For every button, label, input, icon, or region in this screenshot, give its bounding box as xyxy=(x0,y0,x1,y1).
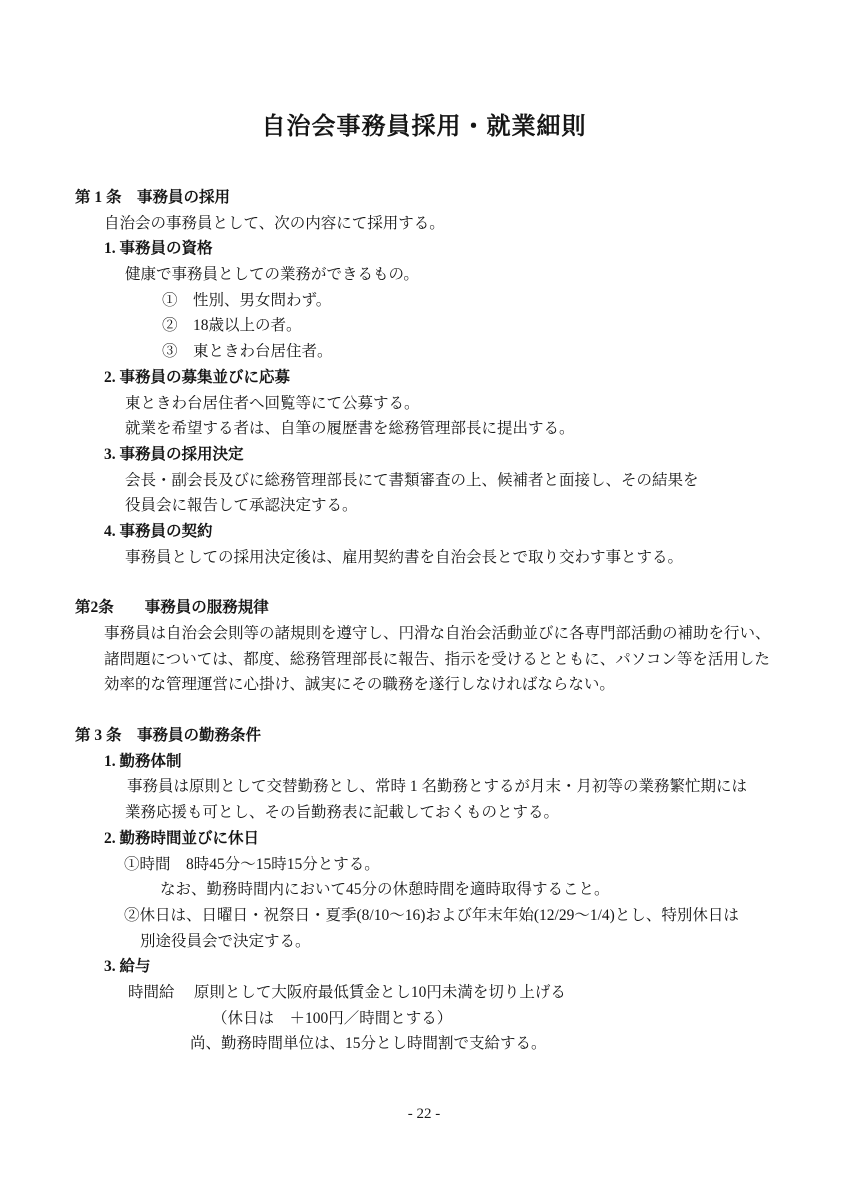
clause-1-3-text-1: 会長・副会長及びに総務管理部長にて書類審査の上、候補者と面接し、その結果を xyxy=(125,468,848,494)
clause-3-3-heading: 3. 給与 xyxy=(104,954,848,980)
clause-3-1-text-2: 業務応援も可とし、その旨勤務表に記載しておくものとする。 xyxy=(125,800,848,826)
clause-3-2-item-1: ①時間 8時45分～15時15分とする。 xyxy=(124,852,848,878)
clause-3-2-heading: 2. 勤務時間並びに休日 xyxy=(104,826,848,852)
clause-1-2-heading: 2. 事務員の募集並びに応募 xyxy=(104,365,848,391)
clause-1-1-item-2: ② 18歳以上の者。 xyxy=(162,313,848,339)
page-number: - 22 - xyxy=(0,1102,848,1127)
clause-3-2-item-2: ②休日は、日曜日・祝祭日・夏季(8/10～16)および年末年始(12/29～1/… xyxy=(124,903,848,929)
clause-1-2-text-2: 就業を希望する者は、自筆の履歴書を総務管理部長に提出する。 xyxy=(125,416,848,442)
article-1-intro: 自治会の事務員として、次の内容にて採用する。 xyxy=(104,211,848,237)
clause-3-2-item-2-cont: 別途役員会で決定する。 xyxy=(140,929,848,955)
clause-1-1-item-3: ③ 東ときわ台居住者。 xyxy=(162,339,848,365)
article-2-text-3: 効率的な管理運営に心掛け、誠実にその職務を遂行しなければならない。 xyxy=(104,672,848,698)
clause-3-3-wage-text: 時間給 原則として大阪府最低賃金とし10円未満を切り上げる xyxy=(128,980,848,1006)
clause-1-4-text: 事務員としての採用決定後は、雇用契約書を自治会長とで取り交わす事とする。 xyxy=(125,545,848,571)
article-2-text-1: 事務員は自治会会則等の諸規則を遵守し、円滑な自治会活動並びに各専門部活動の補助を… xyxy=(104,621,848,647)
clause-1-4-heading: 4. 事務員の契約 xyxy=(104,519,848,545)
article-3-heading: 第 3 条 事務員の勤務条件 xyxy=(75,723,848,749)
document-title: 自治会事務員採用・就業細則 xyxy=(0,0,848,142)
document-page: 自治会事務員採用・就業細則 第 1 条 事務員の採用 自治会の事務員として、次の… xyxy=(0,0,848,1200)
clause-1-1-heading: 1. 事務員の資格 xyxy=(104,236,848,262)
clause-3-1-heading: 1. 勤務体制 xyxy=(104,749,848,775)
article-1-heading: 第 1 条 事務員の採用 xyxy=(75,185,848,211)
clause-3-3-holiday-note: （休日は ＋100円／時間とする） xyxy=(212,1006,848,1032)
clause-1-1-text: 健康で事務員としての業務ができるもの。 xyxy=(125,262,848,288)
article-2-text-2: 諸問題については、都度、総務管理部長に報告、指示を受けるとともに、パソコン等を活… xyxy=(104,647,848,673)
clause-1-1-item-1: ① 性別、男女問わず。 xyxy=(162,288,848,314)
clause-1-3-text-2: 役員会に報告して承認決定する。 xyxy=(125,493,848,519)
clause-3-1-text-1: 事務員は原則として交替勤務とし、常時 1 名勤務とするが月末・月初等の業務繁忙期… xyxy=(127,774,848,800)
clause-1-2-text-1: 東ときわ台居住者へ回覧等にて公募する。 xyxy=(125,391,848,417)
clause-1-3-heading: 3. 事務員の採用決定 xyxy=(104,442,848,468)
article-2-heading: 第2条 事務員の服務規律 xyxy=(75,595,848,621)
document-body: 第 1 条 事務員の採用 自治会の事務員として、次の内容にて採用する。 1. 事… xyxy=(0,185,848,1057)
clause-3-2-item-1-note: なお、勤務時間内において45分の休憩時間を適時取得すること。 xyxy=(160,877,848,903)
clause-3-3-unit-note: 尚、勤務時間単位は、15分とし時間割で支給する。 xyxy=(190,1031,848,1057)
